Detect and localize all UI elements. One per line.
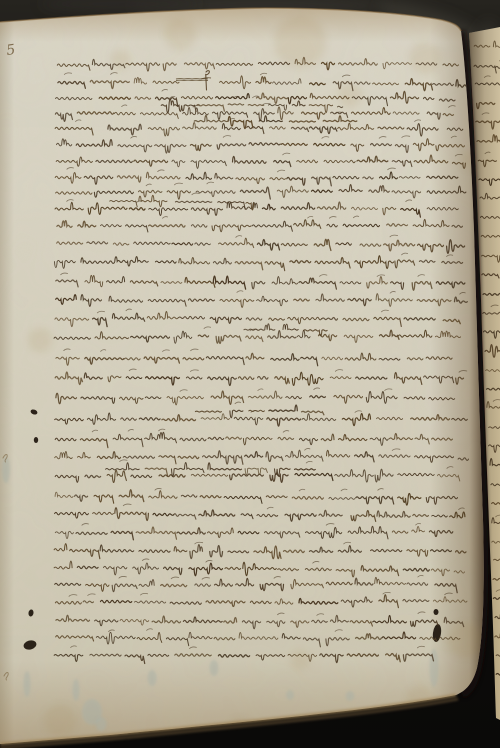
photo-background: 5 [0, 0, 500, 748]
manuscript-photo: 5 [0, 0, 500, 748]
page-surface-overlays [0, 0, 500, 748]
